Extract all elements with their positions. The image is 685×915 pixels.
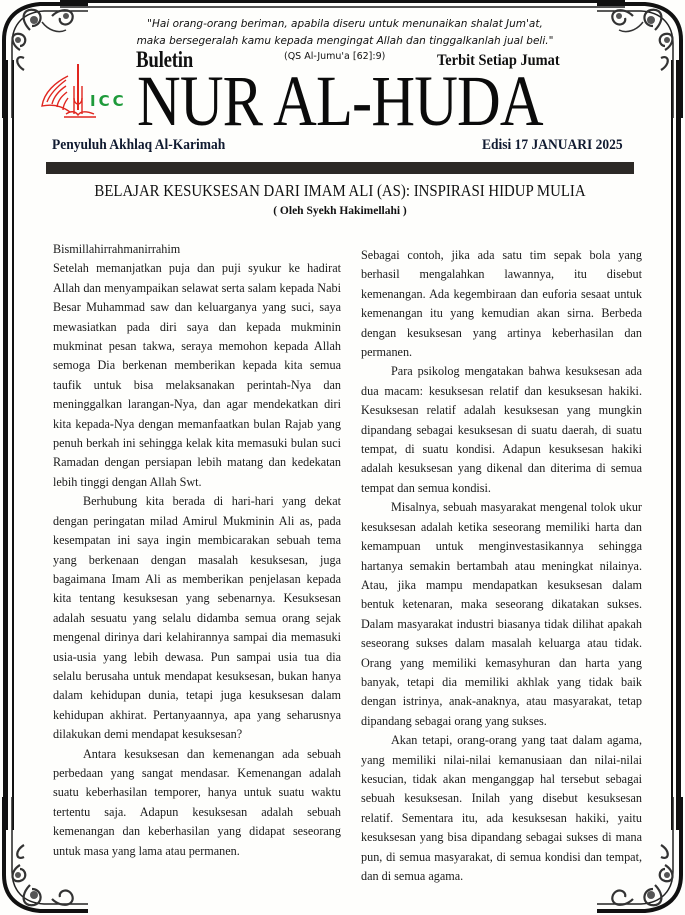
frame-border-right-thin (671, 60, 673, 830)
paragraph: Berhubung kita berada di hari-hari yang … (53, 492, 341, 744)
frame-border-right-thick (676, 60, 681, 830)
paragraph: Sebagai contoh, jika ada satu tim sepak … (361, 246, 642, 362)
logo-text: ICC (90, 92, 127, 110)
paragraph: Akan tetapi, orang-orang yang taat dalam… (361, 731, 642, 886)
paragraph: Setelah memanjatkan puja dan puji syukur… (53, 259, 341, 492)
article-author: ( Oleh Syekh Hakimellahi ) (40, 205, 640, 217)
header-divider-bar (46, 162, 634, 174)
article-column-right: Sebagai contoh, jika ada satu tim sepak … (361, 246, 642, 886)
article-column-left: Bismillahirrahmanirrahim Setelah memanja… (53, 240, 341, 861)
edition-date: Edisi 17 JANUARI 2025 (482, 137, 623, 154)
tagline: Penyuluh Akhlaq Al-Karimah (52, 137, 225, 154)
frame-border-left-thin (12, 60, 14, 830)
article-title: BELAJAR KESUKSESAN DARI IMAM ALI (AS): I… (70, 181, 610, 201)
frame-border-left-thick (3, 60, 8, 830)
paragraph: Misalnya, sebuah masyarakat mengenal tol… (361, 498, 642, 731)
corner-ornament-icon (595, 0, 685, 120)
frame-border-top-thick (60, 0, 625, 3)
paragraph: Para psikolog mengatakan bahwa kesuksesa… (361, 362, 642, 498)
quote-line-1: "Hai orang-orang beriman, apabila diseru… (110, 16, 580, 33)
opening-basmala: Bismillahirrahmanirrahim (53, 240, 341, 259)
header-quote: "Hai orang-orang beriman, apabila diseru… (110, 16, 580, 50)
masthead-title: NUR AL-HUDA (137, 66, 543, 136)
frame-border-top-thin (60, 6, 625, 8)
paragraph: Antara kesuksesan dan kemenangan ada seb… (53, 745, 341, 861)
